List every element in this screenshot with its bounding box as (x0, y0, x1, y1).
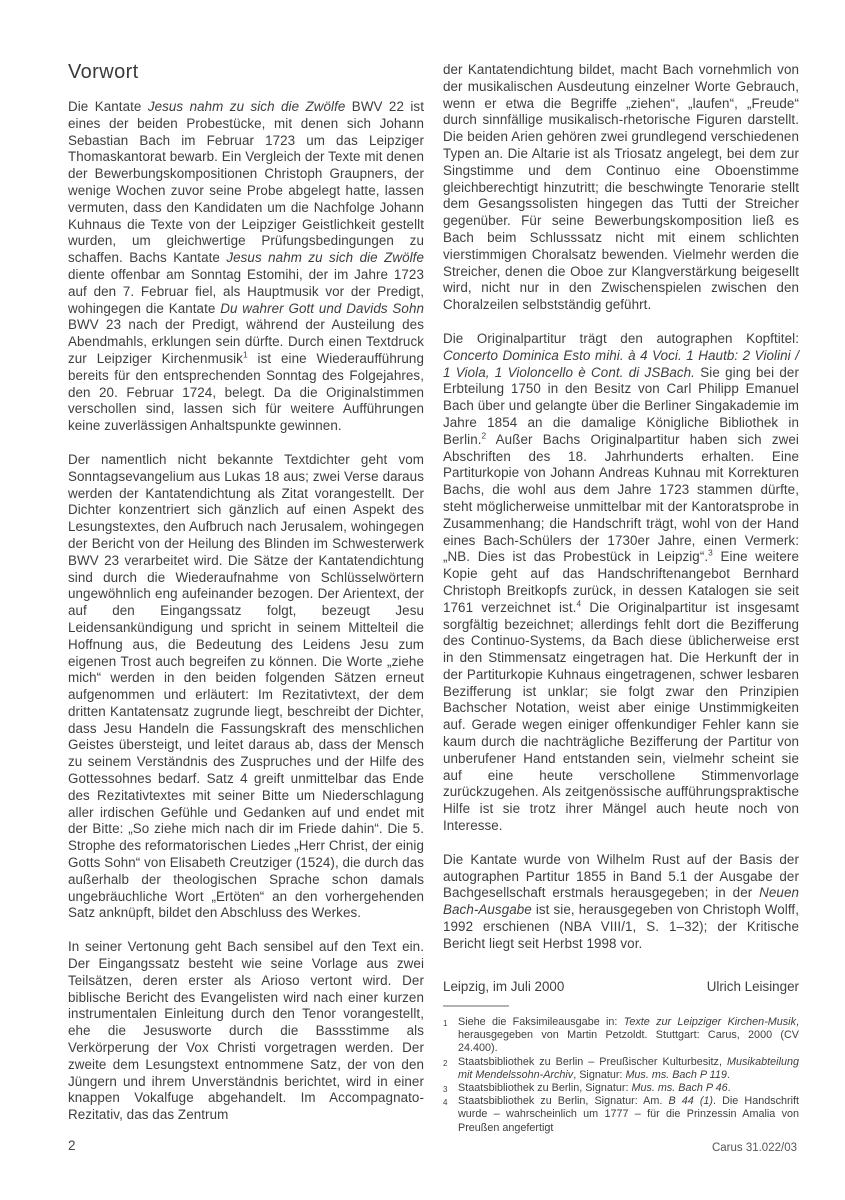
paragraph: Die Kantate Jesus nahm zu sich die Zwölf… (68, 99, 424, 435)
paragraph: In seiner Vertonung geht Bach sensibel a… (68, 939, 424, 1124)
signature-row: Leipzig, im Juli 2000 Ulrich Leisinger (443, 979, 799, 996)
footnote-item: 2Staatsbibliothek zu Berlin – Preußische… (443, 1056, 799, 1082)
footnote-marker: 4 (443, 1096, 458, 1109)
footnote-marker: 3 (443, 1083, 458, 1096)
footnote-text: Staatsbibliothek zu Berlin, Signatur: Mu… (458, 1082, 731, 1094)
footnotes-block: 1Siehe die Faksimileausgabe in: Texte zu… (443, 1005, 799, 1135)
paragraph: Die Originalpartitur trägt den autograph… (443, 331, 799, 835)
footnote-text: Staatsbibliothek zu Berlin – Preußischer… (458, 1056, 799, 1081)
footnote-text: Staatsbibliothek zu Berlin, Signatur: Am… (458, 1095, 799, 1133)
footnote-separator (443, 1005, 509, 1007)
paragraph: Die Kantate wurde von Wilhelm Rust auf d… (443, 852, 799, 953)
footnote-item: 3Staatsbibliothek zu Berlin, Signatur: M… (443, 1082, 799, 1095)
left-column: Vorwort Die Kantate Jesus nahm zu sich d… (68, 62, 424, 1141)
edition-number: Carus 31.022/03 (712, 1142, 797, 1154)
paragraph: Der namentlich nicht bekannte Textdichte… (68, 452, 424, 922)
page-title: Vorwort (68, 62, 424, 83)
footnote-item: 1Siehe die Faksimileausgabe in: Texte zu… (443, 1016, 799, 1056)
preface-page: Vorwort Die Kantate Jesus nahm zu sich d… (0, 0, 845, 1200)
signature-author: Ulrich Leisinger (707, 979, 799, 996)
page-number: 2 (68, 1138, 76, 1153)
footnote-marker: 1 (443, 1017, 458, 1030)
footnote-text: Siehe die Faksimileausgabe in: Texte zur… (458, 1016, 799, 1054)
footnote-item: 4Staatsbibliothek zu Berlin, Signatur: A… (443, 1095, 799, 1135)
footnote-marker: 2 (443, 1057, 458, 1070)
signature-place-date: Leipzig, im Juli 2000 (443, 979, 564, 996)
right-column: der Kantatendichtung bildet, macht Bach … (443, 62, 799, 995)
paragraph: der Kantatendichtung bildet, macht Bach … (443, 62, 799, 314)
